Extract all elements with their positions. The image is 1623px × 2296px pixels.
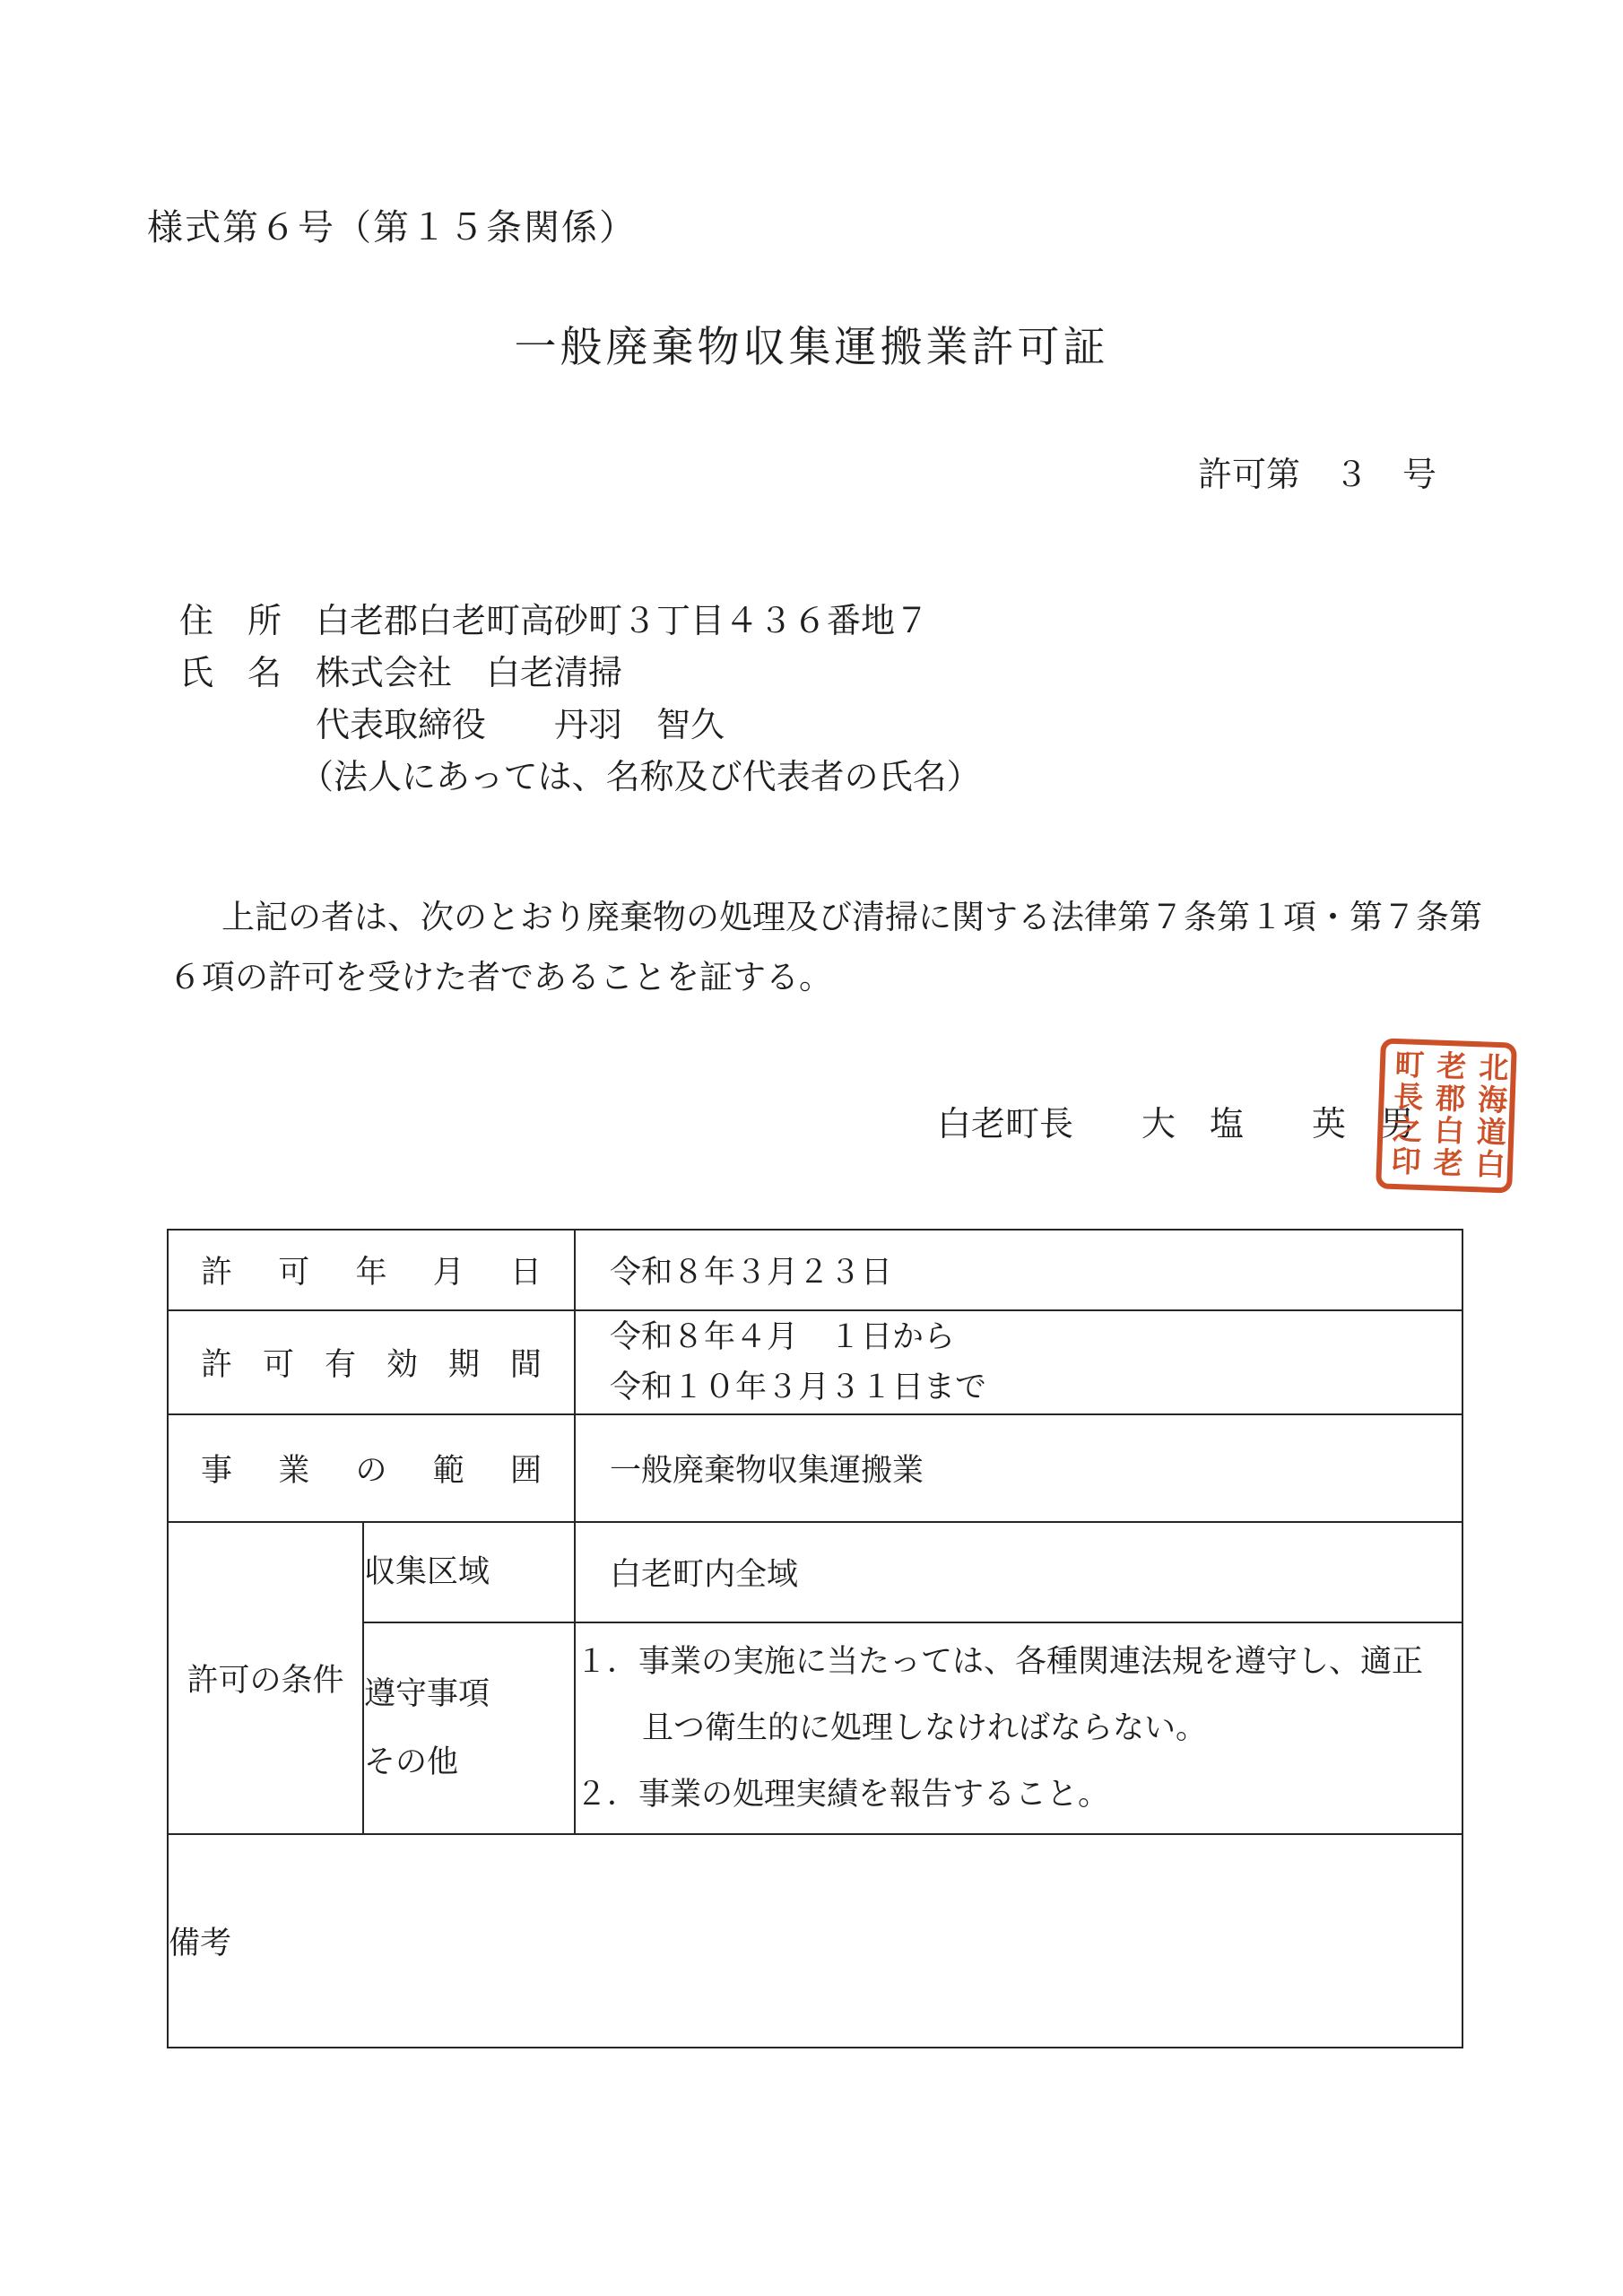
- seal-column-middle: 老郡白老: [1428, 1049, 1465, 1179]
- certification-line-2: ６項の許可を受けた者であることを証する。: [169, 948, 1482, 1008]
- collection-area-value: 白老町内全域: [575, 1522, 1462, 1622]
- row-remarks: 備考: [168, 1834, 1462, 2048]
- official-seal-stamp: 北海道白老郡白老町長之印: [1376, 1038, 1517, 1193]
- issuer-mayor-line: 白老町長 大 塩 英 男: [937, 1096, 1414, 1145]
- holder-name-line: 氏 名 株式会社 白老清掃: [179, 648, 981, 700]
- document-title: 一般廃棄物収集運搬業許可証: [0, 314, 1623, 374]
- collection-area-label: 収集区域: [363, 1522, 575, 1622]
- row-collection-area: 許可の条件 収集区域 白老町内全域: [168, 1522, 1462, 1622]
- compliance-item1-line1: １．事業の実施に当たっては、各種関連法規を遵守し、適正: [576, 1629, 1462, 1695]
- permit-details-table: 許可年月日 令和８年３月２３日 許可有効期間 令和８年４月 １日から 令和１０年…: [167, 1229, 1463, 2048]
- validity-period-label: 許可有効期間: [201, 1340, 542, 1385]
- business-scope-label: 事業の範囲: [201, 1446, 542, 1491]
- holder-address-line: 住 所 白老郡白老町高砂町３丁目４３６番地７: [179, 596, 981, 648]
- form-number: 様式第６号（第１５条関係）: [147, 199, 637, 250]
- seal-text: 北海道白老郡白老町長之印: [1381, 1048, 1512, 1184]
- permit-document-page: 様式第６号（第１５条関係） 一般廃棄物収集運搬業許可証 許可第 ３ 号 住 所 …: [0, 0, 1623, 2296]
- compliance-item1-line2: 且つ衛生的に処理しなければならない。: [642, 1695, 1462, 1761]
- row-permit-date: 許可年月日 令和８年３月２３日: [168, 1230, 1462, 1310]
- business-scope-value: 一般廃棄物収集運搬業: [575, 1414, 1462, 1522]
- row-validity-period: 許可有効期間 令和８年４月 １日から 令和１０年３月３１日まで: [168, 1310, 1462, 1414]
- compliance-label-line1: 遵守事項: [364, 1660, 574, 1728]
- remarks-label: 備考: [168, 1834, 1462, 2048]
- holder-representative-line: 代表取締役 丹羽 智久: [316, 700, 981, 752]
- conditions-label: 許可の条件: [168, 1522, 363, 1834]
- certification-line-1: 上記の者は、次のとおり廃棄物の処理及び清掃に関する法律第７条第１項・第７条第: [169, 888, 1482, 948]
- compliance-item2: ２．事業の処理実績を報告すること。: [576, 1761, 1462, 1828]
- holder-corporate-note: （法人にあっては、名称及び代表者の氏名）: [299, 752, 981, 804]
- validity-from: 令和８年４月 １日から: [610, 1312, 1462, 1362]
- compliance-label-line2: その他: [364, 1728, 574, 1796]
- seal-column-left: 町長之印: [1386, 1048, 1423, 1178]
- permit-date-label: 許可年月日: [201, 1248, 542, 1292]
- certification-paragraph: 上記の者は、次のとおり廃棄物の処理及び清掃に関する法律第７条第１項・第７条第 ６…: [169, 888, 1482, 1008]
- validity-to: 令和１０年３月３１日まで: [610, 1362, 1462, 1413]
- holder-block: 住 所 白老郡白老町高砂町３丁目４３６番地７ 氏 名 株式会社 白老清掃 代表取…: [179, 596, 981, 804]
- row-business-scope: 事業の範囲 一般廃棄物収集運搬業: [168, 1414, 1462, 1522]
- permit-date-value: 令和８年３月２３日: [575, 1230, 1462, 1310]
- seal-column-right: 北海道白: [1471, 1051, 1507, 1181]
- permit-number: 許可第 ３ 号: [1198, 447, 1436, 496]
